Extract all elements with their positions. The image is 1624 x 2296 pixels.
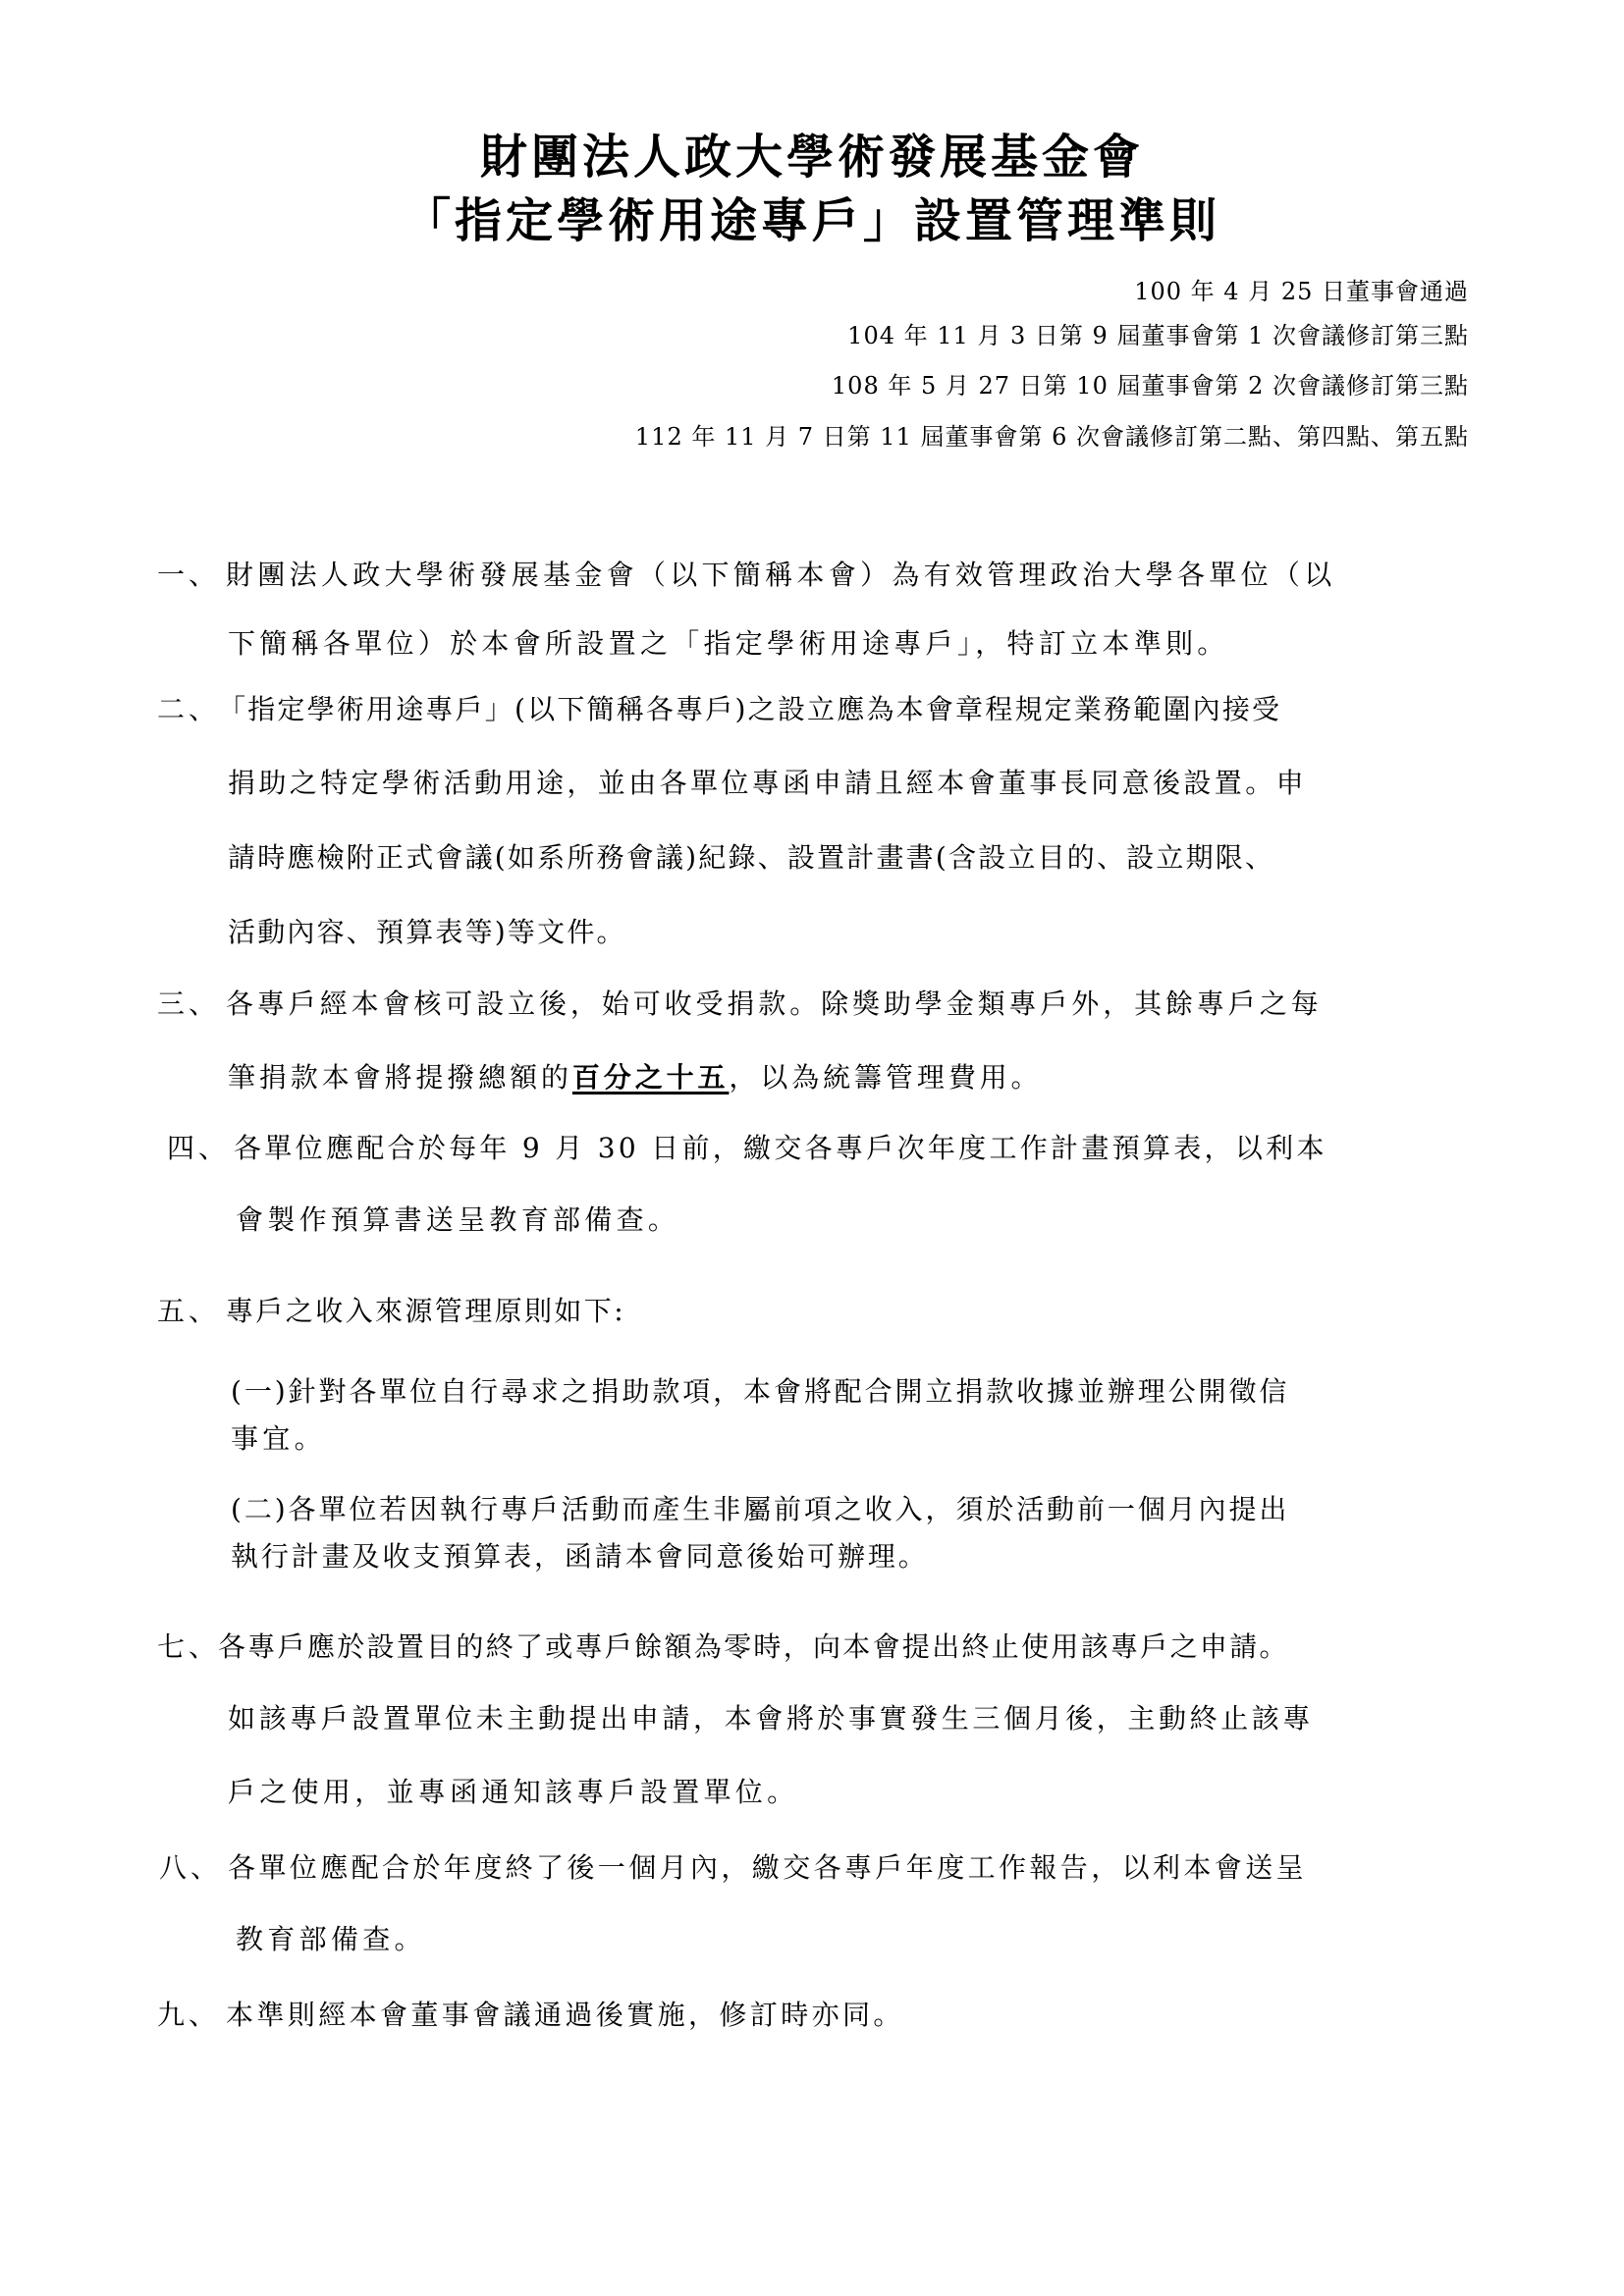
article-2-line-2: 捐助之特定學術活動用途，並由各單位專函申請且經本會董事長同意後設置。申	[228, 766, 1307, 801]
document-title-line-1: 財團法人政大學術發展基金會	[0, 128, 1624, 187]
article-number-2: 二、	[157, 692, 220, 727]
article-number-1: 一、	[157, 558, 220, 593]
article-number-4: 四、	[167, 1131, 230, 1166]
article-7-line-1: 各專戶應於設置目的終了或專戶餘額為零時，向本會提出終止使用該專戶之申請。	[218, 1629, 1289, 1665]
article-7-line-3: 戶之使用，並專函通知該專戶設置單位。	[228, 1775, 798, 1810]
article-3-line-2-suffix: ，以為統籌管理費用。	[729, 1061, 1042, 1094]
revision-note-4: 112 年 11 月 7 日第 11 屆董事會第 6 次會議修訂第二點、第四點、…	[635, 422, 1469, 452]
article-1-line-1: 財團法人政大學術發展基金會（以下簡稱本會）為有效管理政治大學各單位（以	[226, 558, 1336, 593]
article-4-line-1: 各單位應配合於每年 9 月 30 日前，繳交各專戶次年度工作計畫預算表，以利本	[234, 1131, 1327, 1166]
article-number-8: 八、	[159, 1850, 222, 1886]
article-5-subitem-2-line-2: 執行計畫及收支預算表，函請本會同意後始可辦理。	[231, 1539, 929, 1575]
article-8-line-1: 各單位應配合於年度終了後一個月內，繳交各專戶年度工作報告，以利本會送呈	[228, 1850, 1307, 1886]
article-4-line-2: 會製作預算書送呈教育部備查。	[236, 1202, 679, 1238]
article-2-line-3: 請時應檢附正式會議(如系所務會議)紀錄、設置計畫書(含設立目的、設立期限、	[228, 840, 1274, 876]
revision-note-2: 104 年 11 月 3 日第 9 屆董事會第 1 次會議修訂第三點	[847, 321, 1469, 350]
article-5-line-1: 專戶之收入來源管理原則如下:	[226, 1294, 625, 1329]
revision-note-3: 108 年 5 月 27 日第 10 屆董事會第 2 次會議修訂第三點	[832, 371, 1469, 400]
document-page: 財團法人政大學術發展基金會 「指定學術用途專戶」設置管理準則 100 年 4 月…	[0, 0, 1624, 2296]
article-number-9: 九、	[157, 1998, 220, 2033]
article-7-line-2: 如該專戶設置單位未主動提出申請，本會將於事實發生三個月後，主動終止該專	[228, 1701, 1314, 1736]
article-1-line-2: 下簡稱各單位）於本會所設置之「指定學術用途專戶」，特訂立本準則。	[228, 626, 1229, 662]
article-8-line-2: 教育部備查。	[236, 1922, 426, 1957]
article-9-line-1: 本準則經本會董事會議通過後實施，修訂時亦同。	[226, 1998, 904, 2033]
article-number-5: 五、	[157, 1294, 220, 1329]
article-number-3: 三、	[157, 987, 220, 1022]
document-title-line-2: 「指定學術用途專戶」設置管理準則	[0, 191, 1624, 250]
article-5-subitem-2-line-1: (二)各單位若因執行專戶活動而產生非屬前項之收入，須於活動前一個月內提出	[231, 1492, 1289, 1527]
article-3-line-1: 各專戶經本會核可設立後，始可收受捐款。除獎助學金類專戶外，其餘專戶之每	[226, 987, 1323, 1022]
article-5-subitem-1-line-2: 事宜。	[231, 1421, 326, 1457]
article-2-line-1: 「指定學術用途專戶」(以下簡稱各專戶)之設立應為本會章程規定業務範圍內接受	[218, 692, 1281, 727]
article-3-line-2-prefix: 筆捐款本會將提撥總額的	[228, 1061, 572, 1094]
management-fee-percentage: 百分之十五	[572, 1061, 730, 1094]
article-3-line-2: 筆捐款本會將提撥總額的百分之十五，以為統籌管理費用。	[228, 1060, 1042, 1095]
article-number-7: 七、	[157, 1629, 220, 1665]
article-5-subitem-1-line-1: (一)針對各單位自行尋求之捐助款項，本會將配合開立捐款收據並辦理公開徵信	[231, 1374, 1289, 1410]
revision-note-1: 100 年 4 月 25 日董事會通過	[1134, 277, 1469, 306]
article-2-line-4: 活動內容、預算表等)等文件。	[228, 915, 626, 950]
